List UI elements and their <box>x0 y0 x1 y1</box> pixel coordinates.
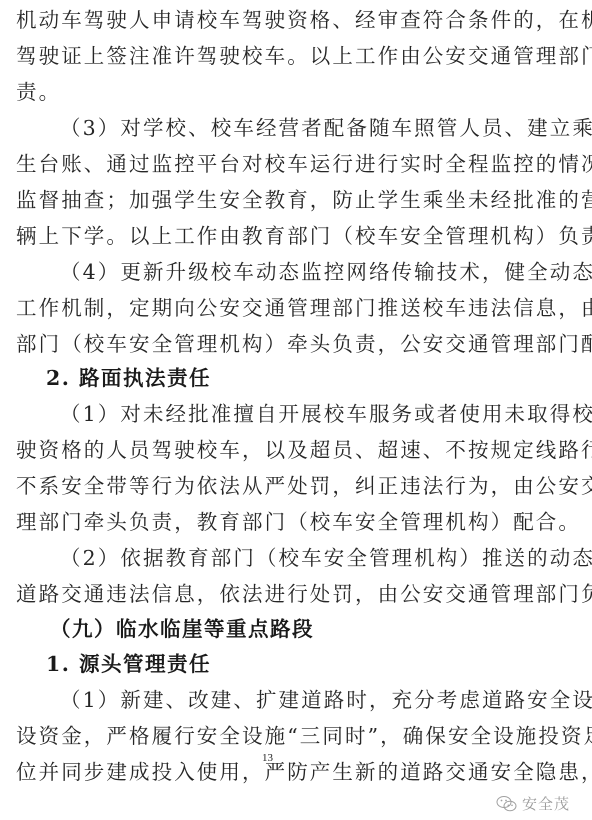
body-text-line: 机动车驾驶人申请校车驾驶资格、经审查符合条件的，在机动车 <box>16 2 592 38</box>
section-heading-source-management: 1. 源头管理责任 <box>46 646 211 682</box>
page-number: 13 <box>262 752 273 764</box>
body-text-line: 不系安全带等行为依法从严处罚，纠正违法行为，由公安交通管 <box>16 468 592 504</box>
section-heading-road-enforcement: 2. 路面执法责任 <box>46 360 211 396</box>
body-text-line: 辆上下学。以上工作由教育部门（校车安全管理机构）负责。 <box>16 218 592 254</box>
body-text-line: 责。 <box>16 74 61 110</box>
body-text-line: 驶资格的人员驾驶校车，以及超员、超速、不按规定线路行驶、 <box>16 432 592 468</box>
body-text-line: 监督抽查；加强学生安全教育，防止学生乘坐未经批准的营运车 <box>16 182 592 218</box>
section-heading-waterside-cliff: （九）临水临崖等重点路段 <box>50 611 314 647</box>
body-text-line: 工作机制，定期向公安交通管理部门推送校车违法信息，由教育 <box>16 290 592 326</box>
watermark: 安全茂 <box>496 793 570 814</box>
paragraph-4-start: （4）更新升级校车动态监控网络传输技术，健全动态监管 <box>60 254 592 290</box>
body-text-line: 生台账、通过监控平台对校车运行进行实时全程监控的情况进行 <box>16 146 592 182</box>
paragraph-1-start: （1）新建、改建、扩建道路时，充分考虑道路安全设施建 <box>60 682 592 718</box>
paragraph-1-start: （1）对未经批准擅自开展校车服务或者使用未取得校车驾 <box>60 396 592 432</box>
watermark-text: 安全茂 <box>522 793 570 814</box>
paragraph-2-start: （2）依据教育部门（校车安全管理机构）推送的动态监控 <box>60 540 592 576</box>
wechat-icon <box>496 795 518 813</box>
body-text-line: 理部门牵头负责，教育部门（校车安全管理机构）配合。 <box>16 504 581 540</box>
paragraph-3-start: （3）对学校、校车经营者配备随车照管人员、建立乘车学 <box>60 110 592 146</box>
body-text-line: 道路交通违法信息，依法进行处罚，由公安交通管理部门负责。 <box>16 576 592 612</box>
body-text-line: 位并同步建成投入使用，严防产生新的道路交通安全隐患，由交 <box>16 754 592 790</box>
body-text-line: 驾驶证上签注准许驾驶校车。以上工作由公安交通管理部门负 <box>16 38 592 74</box>
body-text-line: 部门（校车安全管理机构）牵头负责，公安交通管理部门配合。 <box>16 326 592 362</box>
body-text-line: 设资金，严格履行安全设施“三同时”，确保安全设施投资足额到 <box>16 718 592 754</box>
